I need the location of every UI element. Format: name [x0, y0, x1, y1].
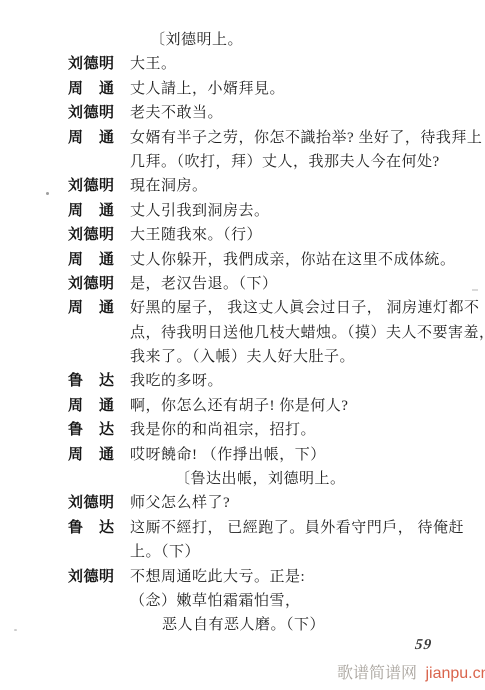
scanned-script-page: 〔刘德明上。 刘德明 大王。 周 通 丈人請上，小婿拜見。 刘德明 老夫不敢当。…	[0, 0, 485, 690]
verse-line: （念）嫩草怕霜霜怕雪，	[0, 589, 485, 613]
dialogue-line: 鲁 达 我吃的多呀。	[0, 369, 485, 393]
dialogue-text: 师父怎么样了?	[130, 495, 230, 511]
dialogue-continuation: 上。（下）	[0, 540, 485, 564]
speaker-name: 刘德明	[68, 491, 115, 515]
speaker-name: 刘德明	[68, 223, 115, 247]
dialogue-line: 周 通 丈人你躲开，我們成亲，你站在这里不成体統。	[0, 248, 485, 272]
dialogue-line: 周 通 丈人請上，小婿拜見。	[0, 77, 485, 101]
dialogue-text: 哎呀饒命! （作掙出帳，下）	[130, 447, 326, 463]
page-number: 59	[414, 637, 433, 654]
verse-text: （念）嫩草怕霜霜怕雪，	[130, 593, 301, 609]
dialogue-text: 几拜。（吹打，拜）丈人，我那夫人今在何处?	[130, 154, 440, 170]
dialogue-text: 我来了。（入帳）夫人好大肚子。	[130, 349, 355, 365]
scan-speck	[46, 192, 49, 195]
dialogue-text: 大王。	[130, 56, 177, 72]
dialogue-text: 好黑的屋子， 我这丈人眞会过日子， 洞房連灯都不	[130, 300, 480, 316]
speaker-name: 刘德明	[68, 52, 115, 76]
speaker-name: 刘德明	[68, 101, 115, 125]
stage-direction: 〔刘德明上。	[0, 28, 485, 52]
verse-line: 恶人自有恶人磨。（下）	[0, 613, 485, 637]
dialogue-text: 不想周通吃此大亏。正是:	[130, 569, 305, 585]
dialogue-line: 鲁 达 我是你的和尚祖宗，招打。	[0, 418, 485, 442]
dialogue-text: 点，待我明日送他几枝大蜡烛。（摸）夫人不要害羞，	[130, 325, 485, 341]
speaker-name: 周 通	[68, 248, 115, 272]
dialogue-text: 老夫不敢当。	[130, 105, 223, 121]
dialogue-text: 丈人你躲开，我們成亲，你站在这里不成体統。	[130, 252, 456, 268]
dialogue-continuation: 我来了。（入帳）夫人好大肚子。	[0, 345, 485, 369]
dialogue-text: 女婿有半子之劳，你怎不識抬举? 坐好了，待我拜上	[130, 130, 482, 146]
dialogue-line: 周 通 啊，你怎么还有胡子! 你是何人?	[0, 394, 485, 418]
dialogue-line: 鲁 达 这厮不經打， 已經跑了。員外看守門戶， 待俺赶	[0, 516, 485, 540]
scan-speck	[472, 289, 478, 291]
stage-direction-text: 〔鲁达出帳，刘德明上。	[175, 471, 346, 487]
dialogue-line: 刘德明 师父怎么样了?	[0, 491, 485, 515]
dialogue-line: 刘德明 大王随我來。（行）	[0, 223, 485, 247]
dialogue-line: 刘德明 大王。	[0, 52, 485, 76]
dialogue-text: 現在洞房。	[130, 178, 208, 194]
speaker-name: 周 通	[68, 77, 115, 101]
watermark: 歌谱简谱网 jianpu.cn	[337, 660, 485, 683]
speaker-name: 刘德明	[68, 174, 115, 198]
dialogue-text: 这厮不經打， 已經跑了。員外看守門戶， 待俺赶	[130, 520, 464, 536]
speaker-name: 周 通	[68, 199, 115, 223]
dialogue-line: 刘德明 不想周通吃此大亏。正是:	[0, 565, 485, 589]
speaker-name: 周 通	[68, 443, 115, 467]
dialogue-line: 周 通 女婿有半子之劳，你怎不識抬举? 坐好了，待我拜上	[0, 126, 485, 150]
speaker-name: 鲁 达	[68, 418, 115, 442]
speaker-name: 刘德明	[68, 272, 115, 296]
speaker-name: 周 通	[68, 394, 115, 418]
dialogue-text: 是，老汉告退。（下）	[130, 276, 278, 292]
dialogue-line: 刘德明 是，老汉告退。（下）	[0, 272, 485, 296]
stage-direction-text: 〔刘德明上。	[150, 32, 243, 48]
dialogue-line: 周 通 好黑的屋子， 我这丈人眞会过日子， 洞房連灯都不	[0, 296, 485, 320]
dialogue-text: 丈人引我到洞房去。	[130, 203, 270, 219]
dialogue-text: 上。（下）	[130, 544, 200, 560]
speaker-name: 周 通	[68, 126, 115, 150]
dialogue-text: 丈人請上，小婿拜見。	[130, 81, 285, 97]
watermark-site-url: jianpu.cn	[425, 665, 485, 682]
speaker-name: 鲁 达	[68, 516, 115, 540]
verse-text: 恶人自有恶人磨。（下）	[162, 617, 325, 633]
stage-direction: 〔鲁达出帳，刘德明上。	[0, 467, 485, 491]
speaker-name: 周 通	[68, 296, 115, 320]
speaker-name: 鲁 达	[68, 369, 115, 393]
dialogue-text: 我吃的多呀。	[130, 373, 223, 389]
dialogue-line: 周 通 哎呀饒命! （作掙出帳，下）	[0, 443, 485, 467]
watermark-site-name: 歌谱简谱网	[337, 665, 417, 682]
script-text-block: 〔刘德明上。 刘德明 大王。 周 通 丈人請上，小婿拜見。 刘德明 老夫不敢当。…	[0, 28, 485, 638]
dialogue-line: 刘德明 現在洞房。	[0, 174, 485, 198]
dialogue-continuation: 几拜。（吹打，拜）丈人，我那夫人今在何处?	[0, 150, 485, 174]
dialogue-line: 刘德明 老夫不敢当。	[0, 101, 485, 125]
speaker-name: 刘德明	[68, 565, 115, 589]
dialogue-text: 大王随我來。（行）	[130, 227, 262, 243]
dialogue-text: 我是你的和尚祖宗，招打。	[130, 422, 316, 438]
scan-speck	[14, 629, 17, 631]
dialogue-text: 啊，你怎么还有胡子! 你是何人?	[130, 398, 348, 414]
dialogue-continuation: 点，待我明日送他几枝大蜡烛。（摸）夫人不要害羞，	[0, 321, 485, 345]
dialogue-line: 周 通 丈人引我到洞房去。	[0, 199, 485, 223]
